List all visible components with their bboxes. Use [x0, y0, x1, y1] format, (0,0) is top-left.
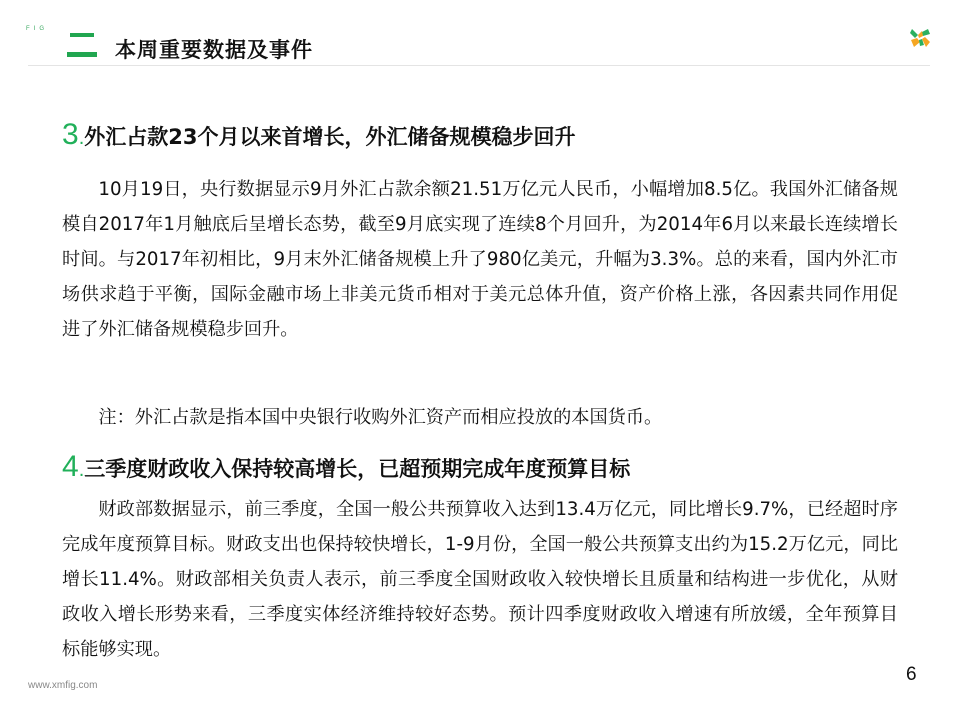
page-title: 本周重要数据及事件 [115, 34, 313, 64]
page-number: 6 [906, 664, 917, 686]
xmfig-logo-icon [908, 26, 932, 50]
section-number: 3 [62, 118, 79, 152]
section-title: 三季度财政收入保持较高增长，已超预期完成年度预算目标 [84, 453, 630, 483]
footer-url: www.xmfig.com [28, 680, 97, 691]
note-paragraph: 注：外汇占款是指本国中央银行收购外汇资产而相应投放的本国货币。 [62, 400, 898, 435]
section-body: 10月19日，央行数据显示9月外汇占款余额21.51万亿元人民币，小幅增加8.5… [62, 172, 898, 347]
section-4: 4.三季度财政收入保持较高增长，已超预期完成年度预算目标 财政部数据显示，前三季… [62, 450, 898, 494]
paragraph: 10月19日，央行数据显示9月外汇占款余额21.51万亿元人民币，小幅增加8.5… [62, 172, 898, 347]
section-numeral-two [67, 31, 97, 57]
numeral-stroke-bottom [67, 52, 97, 57]
fig-mark: FIG [26, 26, 48, 32]
section-body: 财政部数据显示，前三季度，全国一般公共预算收入达到13.4万亿元，同比增长9.7… [62, 492, 898, 667]
numeral-stroke-top [70, 33, 94, 37]
section-number: 4 [62, 450, 79, 484]
header-divider [28, 65, 930, 66]
section-3: 3.外汇占款23个月以来首增长，外汇储备规模稳步回升 10月19日，央行数据显示… [62, 118, 575, 162]
section-heading: 3.外汇占款23个月以来首增长，外汇储备规模稳步回升 [62, 118, 575, 162]
section-heading: 4.三季度财政收入保持较高增长，已超预期完成年度预算目标 [62, 450, 898, 494]
section-title: 外汇占款23个月以来首增长，外汇储备规模稳步回升 [84, 121, 575, 151]
paragraph: 财政部数据显示，前三季度，全国一般公共预算收入达到13.4万亿元，同比增长9.7… [62, 492, 898, 667]
